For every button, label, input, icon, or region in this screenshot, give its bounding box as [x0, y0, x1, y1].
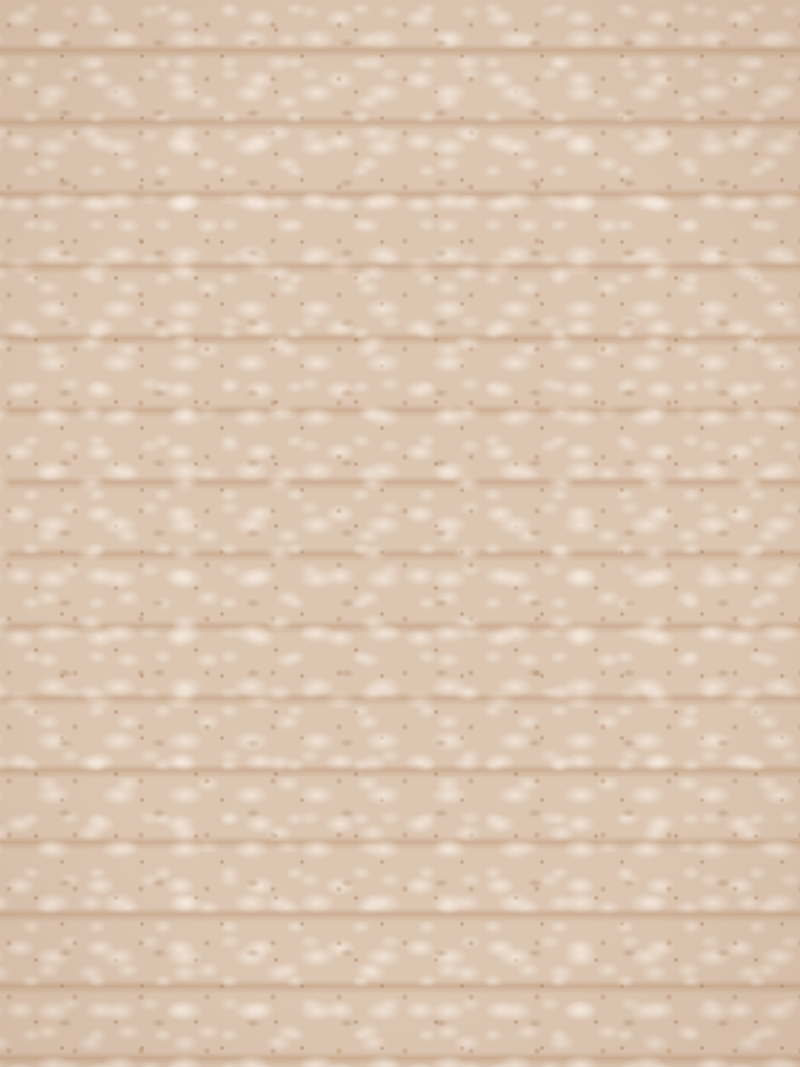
tuft-highlight-layer	[0, 0, 800, 1067]
tuft-layer	[0, 0, 800, 1067]
fabric-texture-photo	[0, 0, 800, 1067]
vignette-overlay	[0, 0, 800, 1067]
